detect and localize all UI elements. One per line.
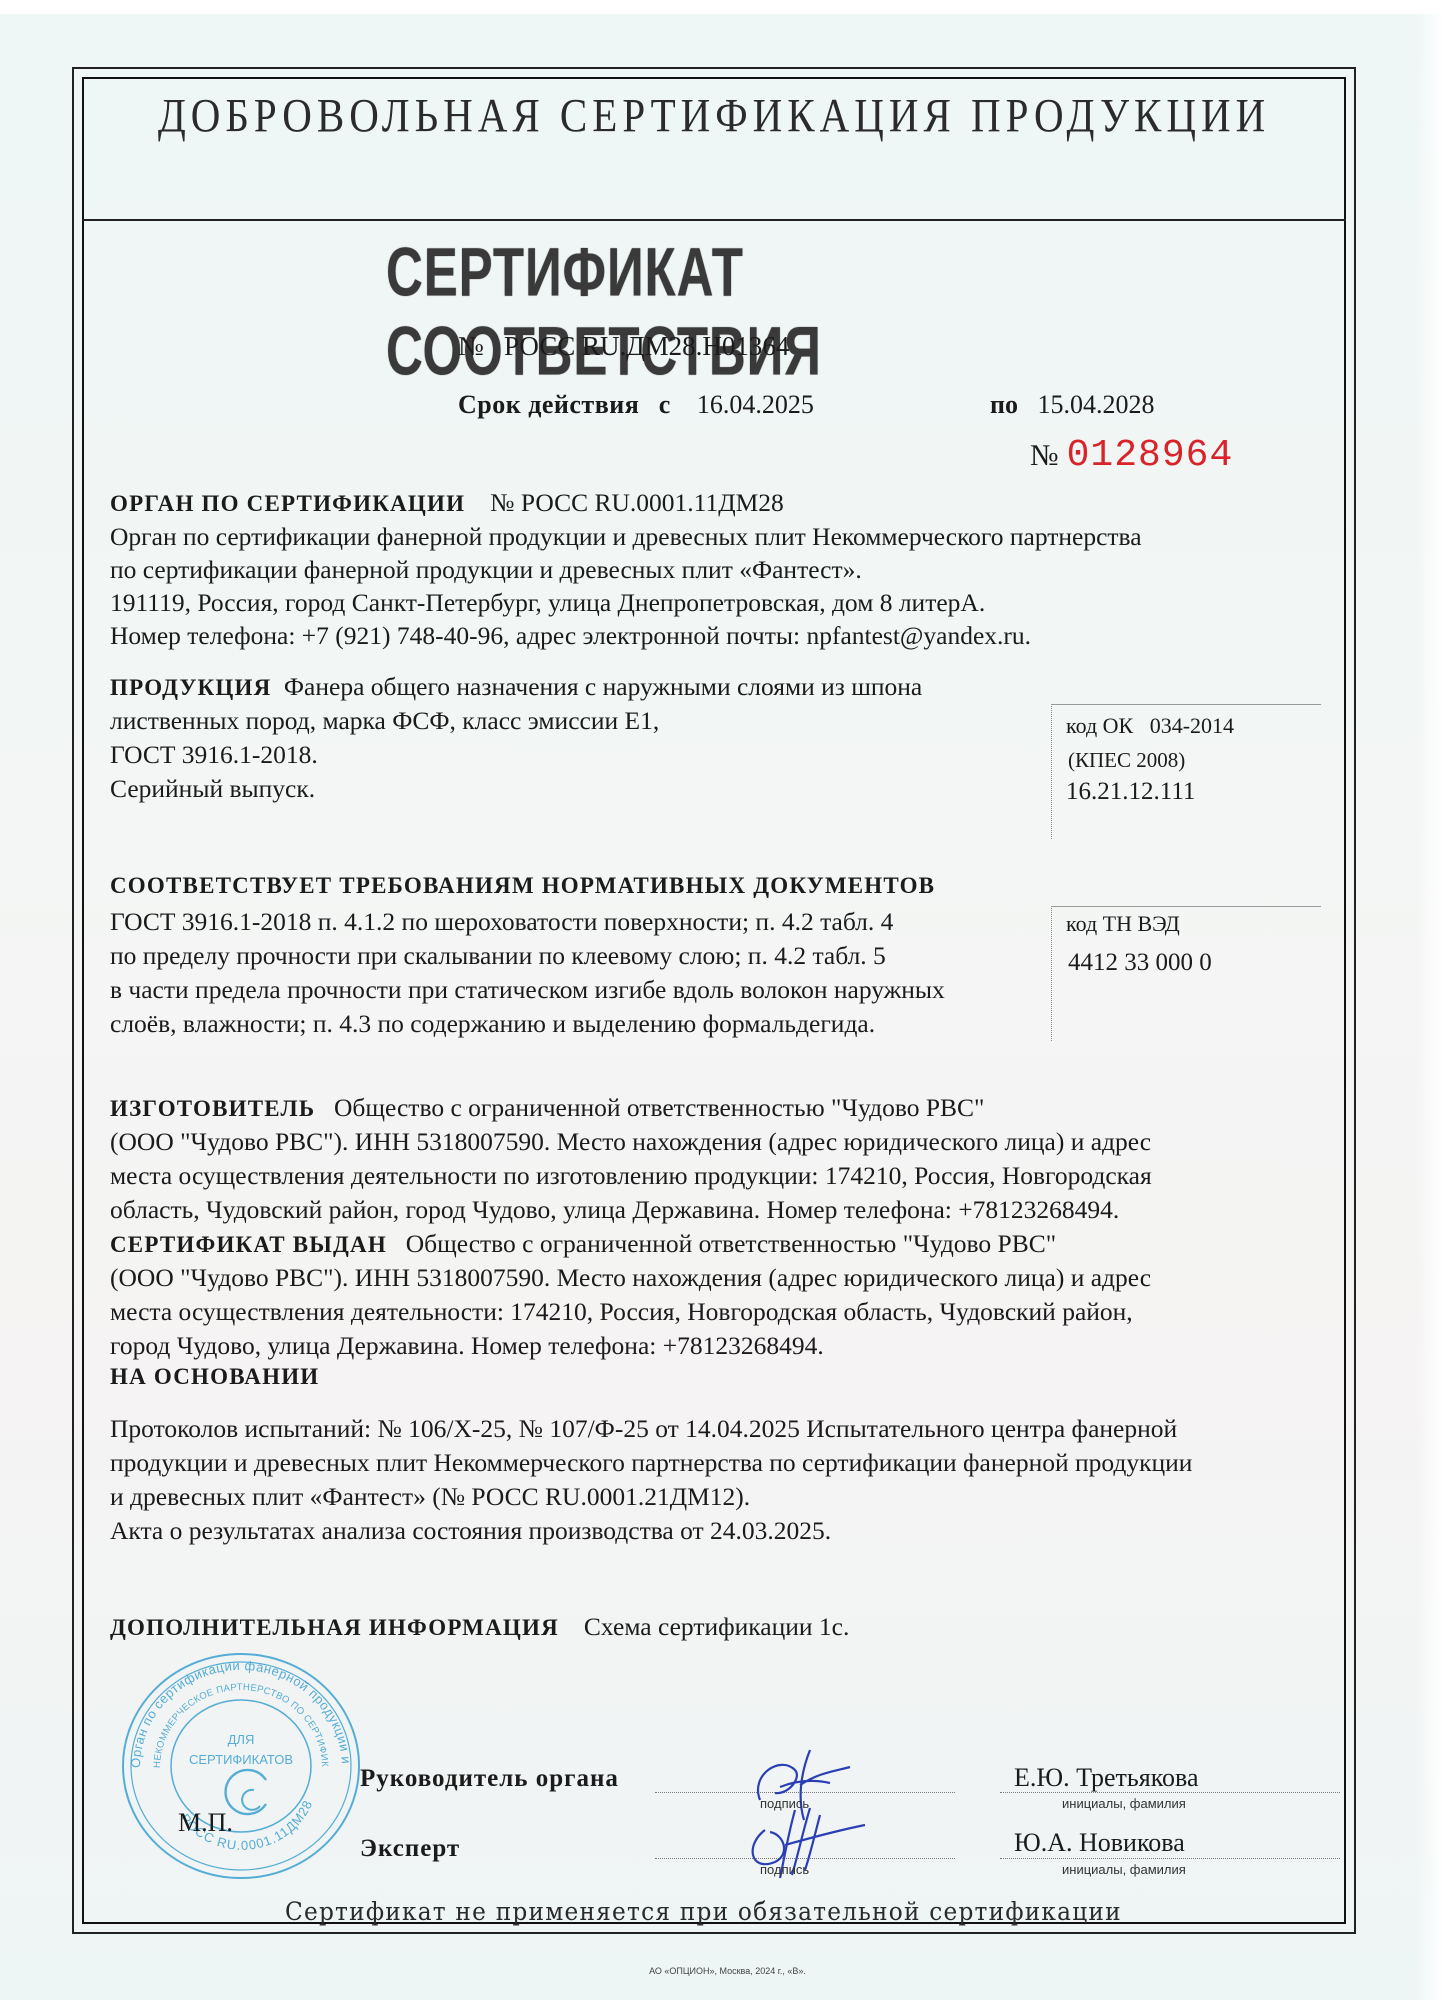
certificate-number: № РОСС RU.ДМ28.Н01364 bbox=[458, 333, 789, 360]
okpd-classifier: (КПЕС 2008) bbox=[1068, 748, 1185, 773]
validity-to: по 15.04.2028 bbox=[990, 392, 1154, 418]
basis-line: и древесных плит «Фантест» (№ РОСС RU.00… bbox=[110, 1484, 750, 1510]
okpd-code-box: код ОК 034-2014 (КПЕС 2008) 16.21.12.111 bbox=[1051, 704, 1321, 839]
certificate-main-title: СЕРТИФИКАТ СООТВЕТСТВИЯ bbox=[386, 233, 1178, 391]
validity-from: Срок действия с 16.04.2025 bbox=[458, 392, 814, 418]
product-first-line: Фанера общего назначения с наружными сло… bbox=[284, 672, 922, 701]
issued-to-heading: СЕРТИФИКАТ ВЫДАН bbox=[110, 1232, 387, 1257]
requirements-line: в части предела прочности при статическо… bbox=[110, 977, 945, 1003]
requirements-heading: СООТВЕТСТВУЕТ ТРЕБОВАНИЯМ НОРМАТИВНЫХ ДО… bbox=[110, 874, 935, 897]
name-line bbox=[1000, 1792, 1340, 1793]
validity-to-label: по bbox=[990, 390, 1018, 419]
stamp-center-line1: ДЛЯ bbox=[228, 1732, 255, 1747]
seal-place-label: М.П. bbox=[178, 1810, 233, 1836]
okpd-code-standard: 034-2014 bbox=[1150, 713, 1234, 738]
voluntary-certification-title: ДОБРОВОЛЬНАЯ СЕРТИФИКАЦИЯ ПРОДУКЦИИ bbox=[82, 88, 1346, 143]
product-line: Серийный выпуск. bbox=[110, 776, 315, 802]
requirements-line: по пределу прочности при скалывании по к… bbox=[110, 943, 886, 969]
signatory-role: Эксперт bbox=[360, 1836, 460, 1861]
certification-body-line: 191119, Россия, город Санкт-Петербург, у… bbox=[110, 590, 985, 616]
issued-to-line: (ООО "Чудово РВС"). ИНН 5318007590. Мест… bbox=[110, 1265, 1151, 1291]
validity-to-date: 15.04.2028 bbox=[1037, 390, 1154, 419]
manufacturer-line: места осуществления деятельности по изго… bbox=[110, 1163, 1152, 1189]
certification-body-line: Орган по сертификации фанерной продукции… bbox=[110, 524, 1142, 550]
product-heading: ПРОДУКЦИЯ bbox=[110, 675, 271, 700]
signatory-role: Руководитель органа bbox=[360, 1766, 619, 1791]
basis-line: Акта о результатах анализа состояния про… bbox=[110, 1518, 831, 1544]
issued-to-heading-row: СЕРТИФИКАТ ВЫДАН Общество с ограниченной… bbox=[110, 1231, 1056, 1257]
certificate-number-value: РОСС RU.ДМ28.Н01364 bbox=[504, 331, 789, 361]
product-line: лиственных пород, марка ФСФ, класс эмисс… bbox=[110, 708, 659, 734]
manufacturer-line: область, Чудовский район, город Чудово, … bbox=[110, 1197, 1119, 1223]
validity-from-date: 16.04.2025 bbox=[697, 390, 814, 419]
requirements-line: слоёв, влажности; п. 4.3 по содержанию и… bbox=[110, 1011, 875, 1037]
header-divider bbox=[82, 219, 1346, 221]
certification-body-line: по сертификации фанерной продукции и дре… bbox=[110, 557, 862, 583]
validity-label: Срок действия bbox=[458, 390, 639, 419]
additional-info-heading: ДОПОЛНИТЕЛЬНАЯ ИНФОРМАЦИЯ bbox=[110, 1615, 559, 1640]
paper-top-edge bbox=[0, 0, 1455, 14]
signature-caption: подпись bbox=[760, 1862, 809, 1877]
manufacturer-heading: ИЗГОТОВИТЕЛЬ bbox=[110, 1096, 315, 1121]
okpd-code-header: код ОК 034-2014 bbox=[1066, 713, 1234, 739]
issued-to-line: город Чудово, улица Державина. Номер тел… bbox=[110, 1333, 824, 1359]
blank-number-value: 0128964 bbox=[1067, 434, 1234, 477]
signatory-name: Е.Ю. Третьякова bbox=[1014, 1765, 1199, 1791]
issued-to-first-line: Общество с ограниченной ответственностью… bbox=[406, 1229, 1056, 1258]
certification-body-line: Номер телефона: +7 (921) 748-40-96, адре… bbox=[110, 623, 1031, 649]
signatory-name: Ю.А. Новикова bbox=[1014, 1830, 1185, 1856]
certification-scheme: Схема сертификации 1с. bbox=[584, 1612, 850, 1641]
stamp-center-line2: СЕРТИФИКАТОВ bbox=[189, 1752, 293, 1767]
certification-body-stamp: Орган по сертификации фанерной продукции… bbox=[118, 1648, 364, 1880]
name-caption: инициалы, фамилия bbox=[1062, 1796, 1186, 1811]
basis-line: Протоколов испытаний: № 106/Х-25, № 107/… bbox=[110, 1416, 1177, 1442]
tnved-code-label: код ТН ВЭД bbox=[1066, 911, 1180, 937]
basis-line: продукции и древесных плит Некоммерческо… bbox=[110, 1450, 1192, 1476]
name-caption: инициалы, фамилия bbox=[1062, 1862, 1186, 1877]
requirements-line: ГОСТ 3916.1-2018 п. 4.1.2 по шероховатос… bbox=[110, 909, 893, 935]
blank-serial-number: №0128964 bbox=[1030, 437, 1233, 475]
manufacturer-line: (ООО "Чудово РВС"). ИНН 5318007590. Мест… bbox=[110, 1129, 1151, 1155]
tnved-code-value: 4412 33 000 0 bbox=[1068, 949, 1212, 977]
product-line: ГОСТ 3916.1-2018. bbox=[110, 742, 318, 768]
certification-body-heading: ОРГАН ПО СЕРТИФИКАЦИИ bbox=[110, 491, 465, 516]
product-heading-row: ПРОДУКЦИЯ Фанера общего назначения с нар… bbox=[110, 674, 922, 700]
tnved-code-box: код ТН ВЭД 4412 33 000 0 bbox=[1051, 906, 1321, 1041]
okpd-code-value: 16.21.12.111 bbox=[1066, 778, 1195, 806]
name-line bbox=[1000, 1858, 1340, 1859]
additional-info-row: ДОПОЛНИТЕЛЬНАЯ ИНФОРМАЦИЯ Схема сертифик… bbox=[110, 1614, 849, 1640]
manufacturer-first-line: Общество с ограниченной ответственностью… bbox=[334, 1093, 984, 1122]
certification-body-heading-row: ОРГАН ПО СЕРТИФИКАЦИИ № РОСС RU.0001.11Д… bbox=[110, 490, 784, 516]
blank-number-symbol: № bbox=[1030, 439, 1059, 472]
issued-to-line: места осуществления деятельности: 174210… bbox=[110, 1299, 1133, 1325]
certification-body-registration: № РОСС RU.0001.11ДМ28 bbox=[490, 488, 784, 517]
okpd-code-label: код ОК bbox=[1066, 713, 1133, 738]
basis-heading: НА ОСНОВАНИИ bbox=[110, 1365, 319, 1388]
manufacturer-heading-row: ИЗГОТОВИТЕЛЬ Общество с ограниченной отв… bbox=[110, 1095, 984, 1121]
printer-imprint: АО «ОПЦИОН», Москва, 2024 г., «В». bbox=[0, 1966, 1455, 1976]
validity-from-label: с bbox=[659, 390, 671, 419]
paper-right-edge bbox=[1415, 0, 1455, 2000]
not-mandatory-notice: Сертификат не применяется при обязательн… bbox=[285, 1897, 1122, 1926]
number-symbol: № bbox=[458, 331, 484, 361]
